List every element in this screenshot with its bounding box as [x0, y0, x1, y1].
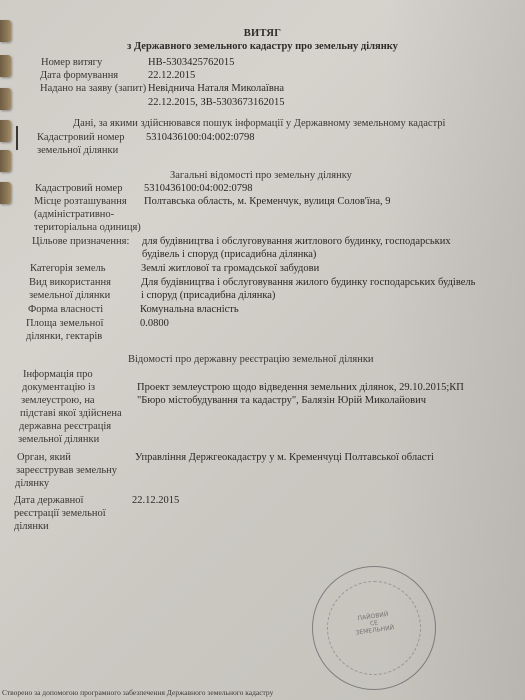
- binding-ring: [0, 55, 11, 77]
- purpose-value: для будівництва і обслуговування житлово…: [142, 236, 451, 249]
- requested-by-value: Невіднича Наталя Миколаївна: [148, 83, 284, 96]
- binding-ring: [0, 182, 11, 204]
- documentation-label-5: державна реєстрація: [19, 421, 111, 434]
- purpose-label: Цільове призначення:: [32, 236, 129, 249]
- location-label: Місце розташування: [34, 196, 127, 209]
- request-ref-value: 22.12.2015, ЗВ-5303673162015: [148, 97, 285, 110]
- documentation-label-3: землеустрою, на: [21, 395, 95, 408]
- registration-section-heading: Відомості про державну реєстрацію земель…: [128, 354, 374, 367]
- registering-body-label-3: ділянку: [15, 478, 49, 491]
- land-use-label: Вид використання: [29, 277, 111, 290]
- documentation-label-4: підставі якої здійснена: [20, 408, 122, 421]
- registering-body-label-2: зареєстрував земельну: [16, 465, 117, 478]
- formation-date-value: 22.12.2015: [148, 70, 195, 83]
- search-cadastral-label: Кадастровий номер: [37, 132, 124, 145]
- document-page: ВИТЯГ з Державного земельного кадастру п…: [0, 0, 525, 700]
- registration-date-label-3: ділянки: [14, 521, 49, 534]
- registering-body-value: Управління Держгеокадастру у м. Кременчу…: [135, 452, 434, 465]
- footer-note: Створено за допомогою програмного забезп…: [2, 688, 273, 697]
- purpose-value-2: будівель і споруд (присадибна ділянка): [142, 249, 316, 262]
- documentation-label: Інформація про: [23, 369, 93, 382]
- documentation-value-2: "Бюро містобудування та кадастру", Баляз…: [137, 395, 426, 408]
- official-stamp: ПАЙОВИЙ СЕ ЗЕМЕЛЬНИЙ: [312, 566, 436, 690]
- area-label: Площа земельної: [26, 318, 103, 331]
- registration-date-label: Дата державної: [14, 495, 83, 508]
- general-cadastral-label: Кадастровий номер: [35, 183, 122, 196]
- land-use-label-2: земельної ділянки: [29, 290, 110, 303]
- ownership-form-label: Форма власності: [28, 304, 103, 317]
- registration-date-label-2: реєстрації земельної: [14, 508, 106, 521]
- binding-ring: [0, 150, 11, 172]
- documentation-value: Проект землеустрою щодо відведення земел…: [137, 382, 464, 395]
- extract-number-value: НВ-5303425762015: [148, 57, 234, 70]
- formation-date-label: Дата формування: [40, 70, 118, 83]
- general-cadastral-value: 5310436100:04:002:0798: [144, 183, 253, 196]
- area-label-2: ділянки, гектарів: [26, 331, 102, 344]
- document-subtitle: з Державного земельного кадастру про зем…: [0, 41, 525, 52]
- location-label-3: територіальна одиниця): [34, 222, 141, 235]
- land-category-label: Категорія земель: [30, 263, 106, 276]
- ownership-form-value: Комунальна власність: [140, 304, 239, 317]
- binding-ring: [0, 120, 11, 142]
- documentation-label-2: документацію із: [22, 382, 95, 395]
- document-title: ВИТЯГ: [0, 28, 525, 39]
- margin-mark: [16, 126, 18, 150]
- registration-date-value: 22.12.2015: [132, 495, 179, 508]
- search-cadastral-value: 5310436100:04:002:0798: [146, 132, 255, 145]
- extract-number-label: Номер витягу: [41, 57, 102, 70]
- requested-by-label: Надано на заяву (запит): [40, 83, 146, 96]
- location-value: Полтавська область, м. Кременчук, вулиця…: [144, 196, 391, 209]
- search-cadastral-label-2: земельної ділянки: [37, 145, 118, 158]
- area-value: 0.0800: [140, 318, 169, 331]
- general-section-heading: Загальні відомості про земельну ділянку: [170, 170, 352, 183]
- search-section-heading: Дані, за якими здійснювався пошук інформ…: [73, 118, 445, 131]
- land-category-value: Землі житлової та громадської забудови: [141, 263, 319, 276]
- registering-body-label: Орган, який: [17, 452, 71, 465]
- location-label-2: (адміністративно-: [34, 209, 114, 222]
- documentation-label-6: земельної ділянки: [18, 434, 99, 447]
- land-use-value-2: і споруд (присадибна ділянка): [141, 290, 275, 303]
- binding-ring: [0, 88, 11, 110]
- land-use-value: Для будівництва і обслуговування жилого …: [141, 277, 475, 290]
